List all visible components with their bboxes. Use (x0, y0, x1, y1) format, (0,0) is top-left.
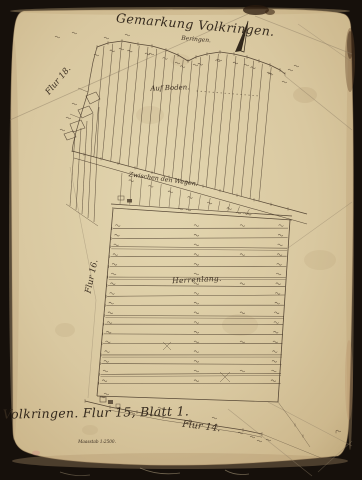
field-name-auf-boden: Auf Boden. (149, 83, 189, 92)
scale-note: Maasstab 1:2500. (77, 439, 116, 444)
scanned-map-sheet: Gemarkung Volkringen. Beringen. Auf Bode… (0, 0, 362, 480)
cadastral-map: Gemarkung Volkringen. Beringen. Auf Bode… (0, 0, 362, 480)
